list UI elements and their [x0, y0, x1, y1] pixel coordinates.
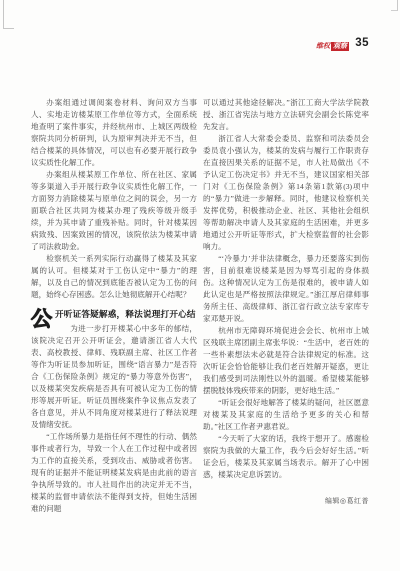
- body-paragraph: “工作场所暴力是指任何不理性的行动、偶然事件或者行为，导致一个人在工作过程中或者…: [31, 431, 197, 515]
- page-number: 35: [355, 37, 369, 49]
- body-paragraph: 办案组从楼某原工作单位、所在社区、家属等多渠道入手开展行政争议实质性化解工作，一…: [31, 169, 197, 253]
- crop-mark-top-right: [391, 0, 398, 11]
- body-paragraph: “听证会很好地解答了楼某的疑问，社区愿意对楼某及其家庭的生活给予更多的关心和帮助…: [203, 397, 369, 433]
- heading-dropcap: 公: [31, 309, 52, 331]
- section-label-boxed: 观察: [331, 42, 349, 51]
- magazine-page: 维权观察 35 办案组通过调阅案卷材料、询问双方当事人、实地走访楼某原工作单位等…: [0, 0, 400, 571]
- article-column-left: 办案组通过调阅案卷材料、询问双方当事人、实地走访楼某原工作单位等方式，全面系统地…: [31, 97, 197, 515]
- section-label: 维权观察: [316, 42, 349, 51]
- body-paragraph: 为进一步打开楼某心中多年的郁结，该院决定召开公开听证会，邀请浙江省人大代表、高校…: [31, 323, 197, 431]
- heading-text: 开听证答疑解惑，释法说理打开心结: [55, 309, 196, 319]
- section-heading: 公开听证答疑解惑，释法说理打开心结: [31, 308, 197, 321]
- crop-mark-top-left: [3, 0, 14, 29]
- body-paragraph: 可以通过其他途径解决。”浙江工商大学法学院教授、浙江省宪法与地方立法研究会副会长…: [203, 97, 369, 133]
- section-label-prefix: 维权: [316, 42, 330, 51]
- editor-credit: 编辑◎葛红普: [203, 496, 369, 506]
- article-column-right: 可以通过其他途径解决。”浙江工商大学法学院教授、浙江省宪法与地方立法研究会副会长…: [203, 97, 369, 481]
- body-paragraph: “‘冷暴力’并非法律概念，暴力还要落实到伤害，目前很难说楼某是因为辱骂引起的身体…: [203, 253, 369, 325]
- body-paragraph: 检察机关一系列实际行动赢得了楼某及其家属的认可。但楼某对于工伤认定中“暴力”的理…: [31, 253, 197, 301]
- body-paragraph: “今天听了大家的话，我终于想开了。感谢检察院为我做的大量工作，我今后会好好生活。…: [203, 433, 369, 481]
- body-paragraph: 浙江省人大常委会委员、监察和司法委员会委员袁小强认为，楼某的发病与履行工作职责存…: [203, 133, 369, 253]
- body-paragraph: 办案组通过调阅案卷材料、询问双方当事人、实地走访楼某原工作单位等方式，全面系统地…: [31, 97, 197, 169]
- body-paragraph: 杭州市无障碍环境促进会会长、杭州市上城区残联主席团副主席张华说：“生活中，老百姓…: [203, 325, 369, 397]
